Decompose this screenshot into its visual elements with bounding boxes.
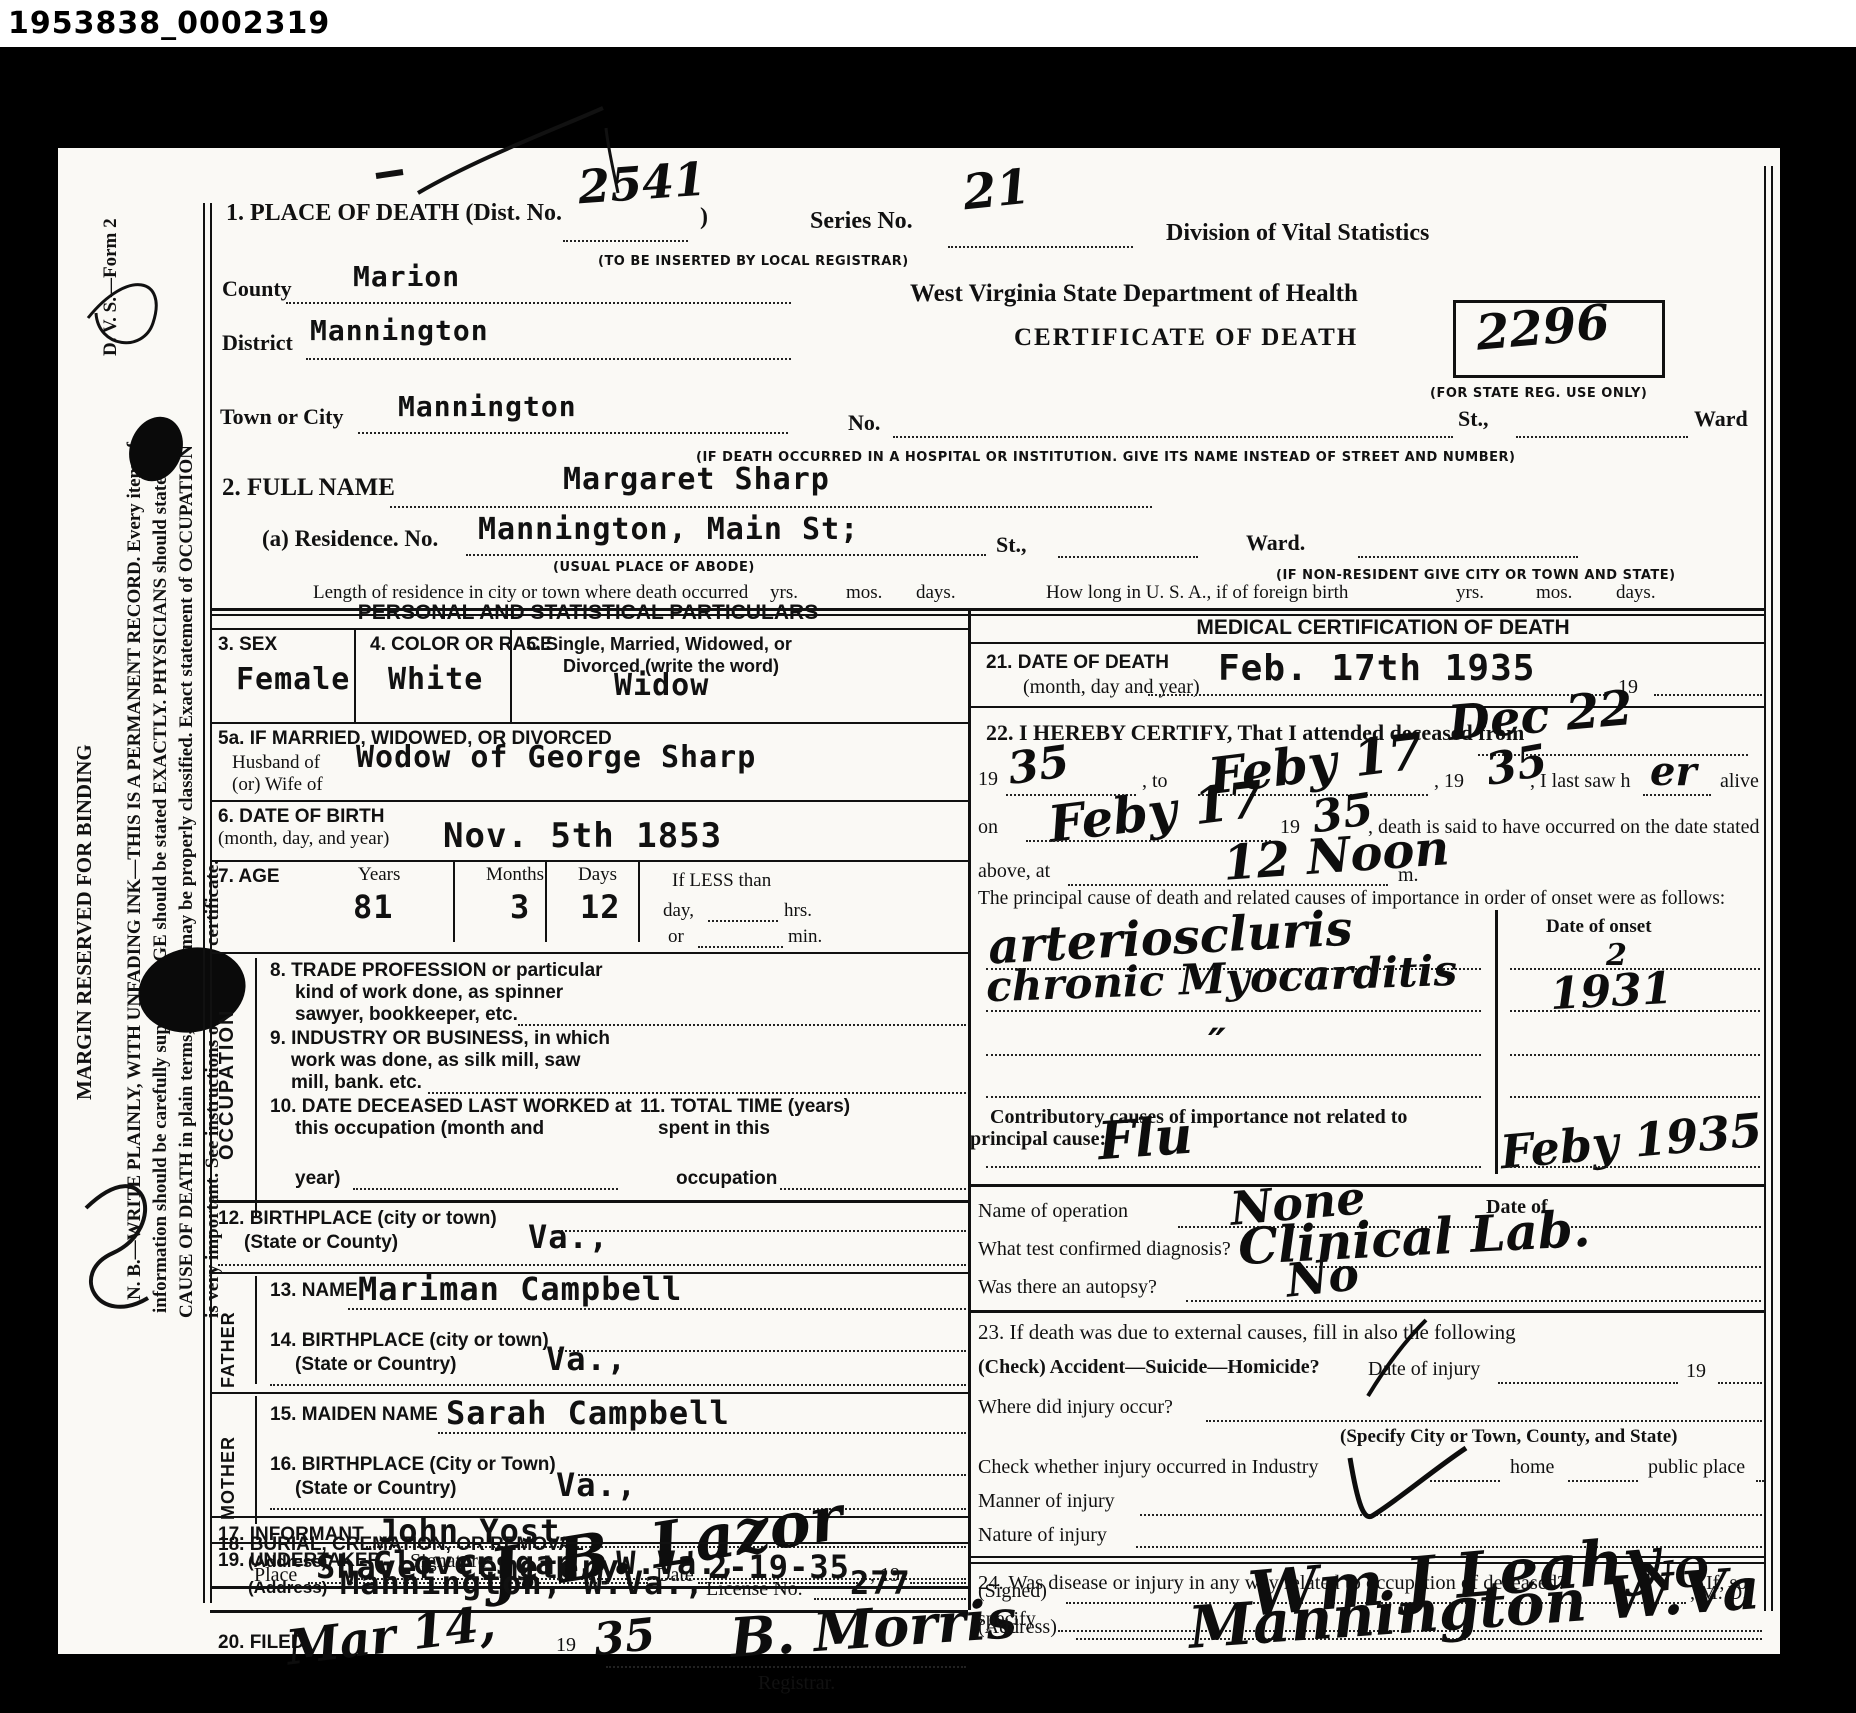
registrar-dotted (606, 1666, 966, 1668)
registrar-label: Registrar. (758, 1672, 835, 1695)
scan-header-strip: 1953838_0002319 (0, 0, 1856, 47)
scanned-death-certificate: 1953838_0002319 MARGIN RESERVED FOR BIND… (0, 0, 1856, 1713)
handwritten-check-marks (58, 148, 1780, 1654)
scan-id: 1953838_0002319 (8, 6, 330, 41)
certificate-page: MARGIN RESERVED FOR BINDING D. V. S.—For… (58, 148, 1780, 1654)
